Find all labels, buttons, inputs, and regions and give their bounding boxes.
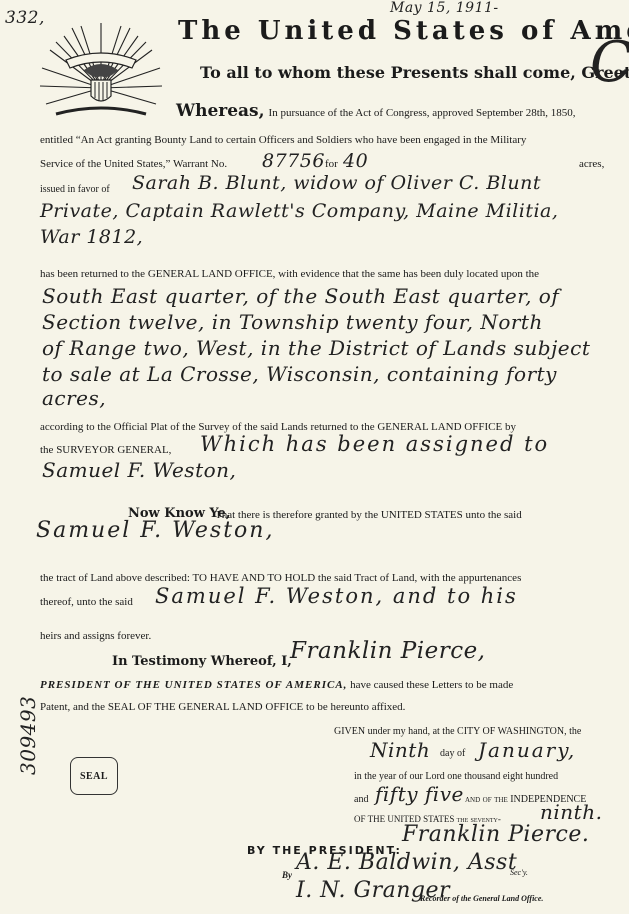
issued-label: issued in favor of	[40, 184, 110, 195]
seal-box: SEAL	[70, 757, 118, 795]
land-line-5: acres,	[42, 386, 106, 410]
by-label: By	[282, 870, 292, 880]
warrant-number: 87756	[262, 150, 325, 172]
recorder-title: Recorder of the General Land Office.	[420, 894, 543, 903]
whereas-line: Whereas, In pursuance of the Act of Cong…	[176, 101, 576, 121]
given-line: GIVEN under my hand, at the CITY OF WASH…	[334, 726, 581, 737]
tract-text: the tract of Land above described: TO HA…	[40, 572, 521, 584]
president-signature: Franklin Pierce.	[402, 822, 589, 847]
whereas-text: In pursuance of the Act of Congress, app…	[269, 107, 576, 119]
year-hand: fifty five	[375, 782, 464, 806]
document-title: The United States of America	[178, 16, 629, 46]
president-text-italic: PRESIDENT OF THE UNITED STATES OF AMERIC…	[40, 679, 347, 691]
service-text: Service of the United States,” Warrant N…	[40, 158, 227, 170]
president-text-rest: have caused these Letters to be made	[350, 679, 513, 691]
entitled-text: entitled “An Act granting Bounty Land to…	[40, 134, 526, 146]
returned-text: has been returned to the GENERAL LAND OF…	[40, 268, 539, 280]
land-line-1: South East quarter, of the South East qu…	[42, 284, 559, 308]
seal-label: SEAL	[80, 771, 108, 782]
surveyor-label: the SURVEYOR GENERAL,	[40, 444, 171, 456]
month-hand: January,	[478, 738, 576, 762]
testimony-label: In Testimony Whereof, I,	[112, 654, 292, 669]
year-text: in the year of our Lord one thousand eig…	[354, 771, 558, 782]
date-annotation: May 15, 1911-	[390, 0, 499, 16]
grantee-name: Samuel F. Weston,	[36, 518, 274, 543]
whereas-word: Whereas,	[176, 101, 265, 121]
eagle-sunburst-emblem-icon	[36, 18, 166, 118]
salutation: To all to whom these Presents shall come…	[200, 63, 629, 82]
for-label: for	[325, 158, 338, 170]
heirs-text: heirs and assigns forever.	[40, 630, 151, 642]
president-signature-testimony: Franklin Pierce,	[290, 638, 486, 664]
day-hand: Ninth	[370, 738, 430, 762]
assigned-text: Which has been assigned to	[200, 432, 549, 456]
thereof-label: thereof, unto the said	[40, 596, 133, 608]
patent-text: Patent, and the SEAL OF THE GENERAL LAND…	[40, 701, 405, 713]
grantee-line-2: Private, Captain Rawlett's Company, Main…	[40, 200, 558, 222]
and-label: and	[354, 794, 368, 805]
president-line: PRESIDENT OF THE UNITED STATES OF AMERIC…	[40, 679, 513, 691]
land-line-4: to sale at La Crosse, Wisconsin, contain…	[42, 362, 557, 386]
land-line-2: Section twelve, in Township twenty four,…	[42, 310, 543, 334]
day-label: day of	[440, 748, 465, 759]
independence-hand: ninth.	[540, 800, 602, 824]
acres-label: acres,	[579, 158, 604, 170]
grantee-line-3: War 1812,	[40, 226, 143, 248]
assignee-line: Samuel F. Weston,	[42, 458, 236, 482]
margin-number: 309493	[16, 696, 40, 775]
heirs-hand: Samuel F. Weston, and to his	[155, 584, 518, 608]
grantee-line-1: Sarah B. Blunt, widow of Oliver C. Blunt	[132, 172, 541, 194]
secretary-title: Sec'y.	[510, 868, 528, 877]
corner-mark: C	[590, 30, 629, 95]
acres-value: 40	[343, 150, 368, 172]
land-line-3: of Range two, West, in the District of L…	[42, 336, 590, 360]
secretary-signature: A. E. Baldwin, Asst	[296, 850, 517, 875]
